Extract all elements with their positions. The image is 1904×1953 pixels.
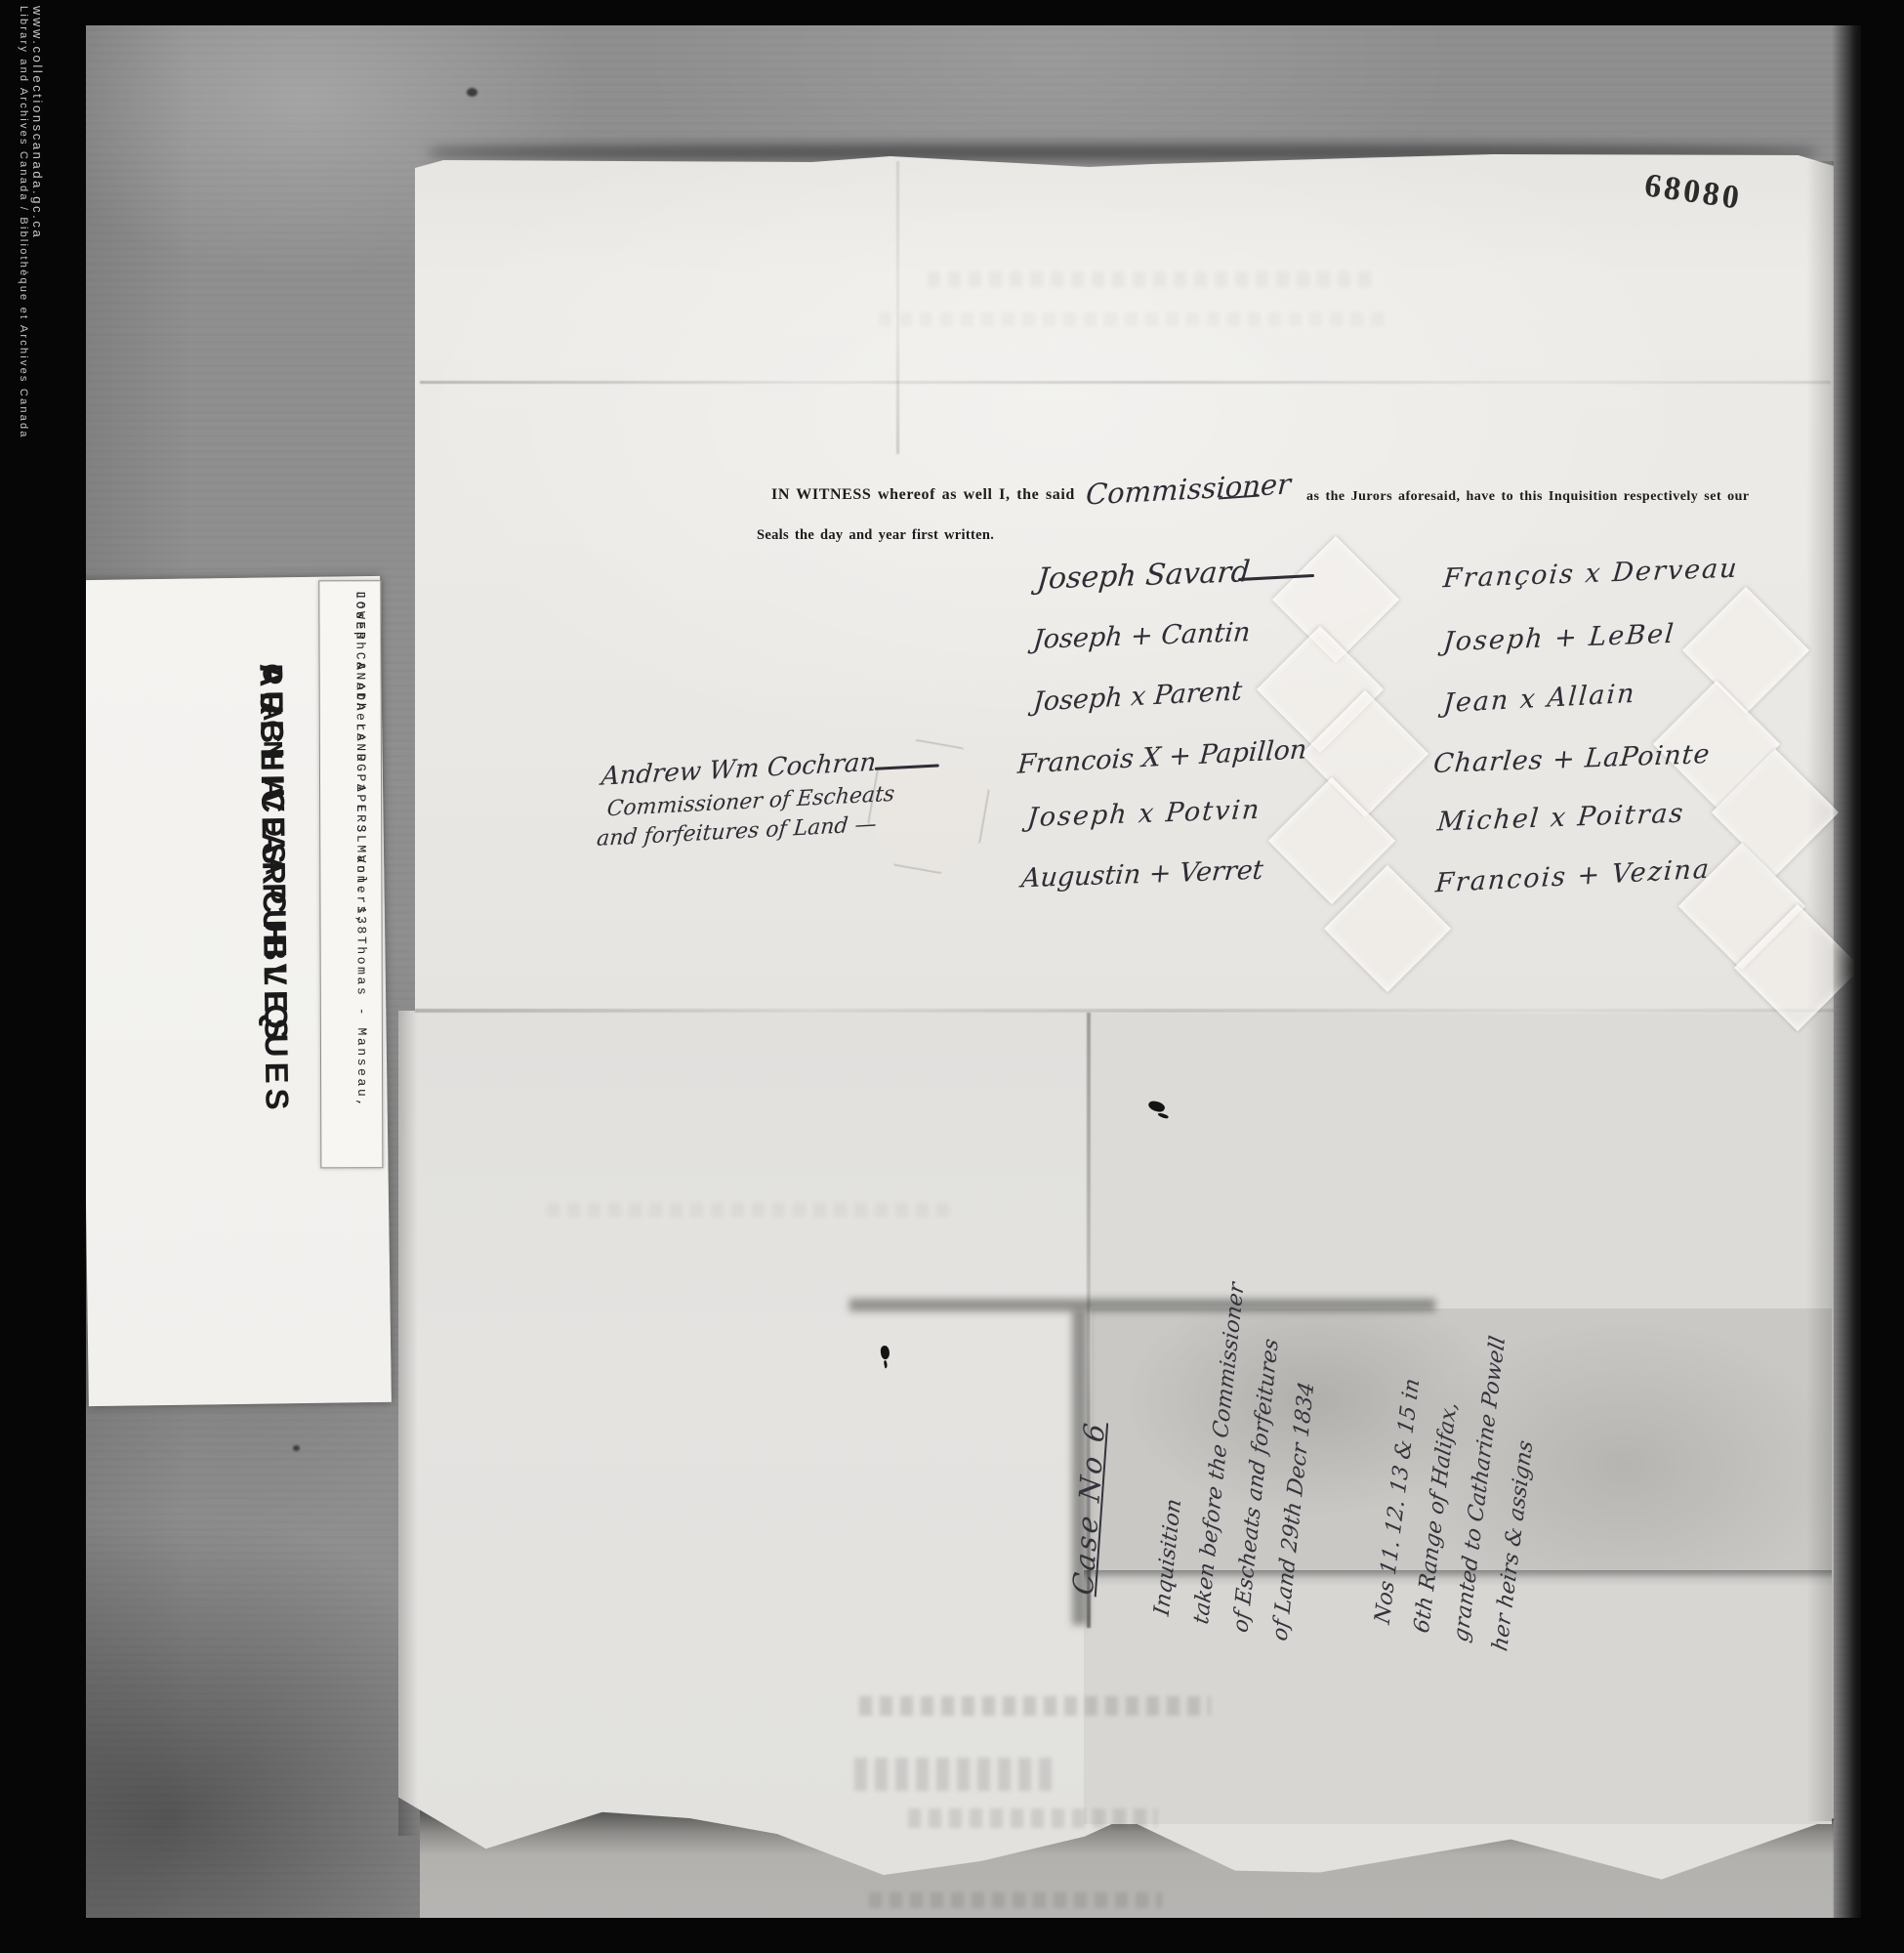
bleedthrough-smudge	[854, 1758, 1059, 1791]
witness-clause-line1: IN WITNESS whereof as well I, the said	[771, 486, 1075, 504]
horizontal-crease	[415, 1009, 1834, 1013]
commissioner-signature-block: Andrew Wm Cochran Commissioner of Eschea…	[600, 742, 997, 880]
fold-smudge	[849, 1299, 1435, 1311]
vertical-crease	[896, 161, 899, 454]
bleedthrough-smudge	[879, 312, 1387, 326]
lac-watermark-line1: Library and Archives Canada / Bibliothèq…	[14, 6, 29, 533]
witness-clause-line3: Seals the day and year first written.	[757, 527, 994, 544]
frame-bottom	[0, 1918, 1904, 1953]
frame-top	[0, 0, 1904, 25]
paper-panel	[1092, 1014, 1832, 1309]
dust-speck	[293, 1445, 300, 1451]
horizontal-crease	[420, 381, 1831, 384]
archive-card-title: PUBLIC ARCHIVES ARCHIVES PUBLIQUES CANAD…	[121, 663, 309, 1230]
card-label-text: Joseph & others RG 1 L 3L Vol. 138 LOWER…	[327, 591, 372, 1159]
bleedthrough-smudge	[859, 1696, 1211, 1716]
card-label: Joseph & others RG 1 L 3L Vol. 138 LOWER…	[318, 580, 383, 1168]
bleedthrough-smudge	[908, 1808, 1157, 1828]
lac-watermark-url: www.collectionscanada.gc.ca	[29, 6, 45, 309]
dust-speck	[467, 88, 477, 97]
frame-right-shadow	[1832, 0, 1865, 1953]
scanned-document-page: 68080 IN WITNESS whereof as well I, the …	[0, 0, 1904, 1953]
bleedthrough-smudge	[869, 1892, 1162, 1908]
fold-shadow-left	[398, 1011, 418, 1836]
witness-clause-line2: as the Jurors aforesaid, have to this In…	[1306, 489, 1750, 505]
inquisition-docket-note: Inquisition taken before the Commissione…	[1142, 1303, 1338, 1646]
card-label-line: LOWER CANADA LAND PAPERS Manners, Thomas…	[349, 591, 372, 1109]
frame-right	[1861, 0, 1904, 1953]
bleedthrough-smudge	[928, 271, 1377, 287]
card-title-line: CANADA	[241, 663, 304, 895]
archive-card: PUBLIC ARCHIVES ARCHIVES PUBLIQUES CANAD…	[77, 576, 392, 1406]
pen-flourish	[875, 764, 939, 769]
bleedthrough-smudge	[547, 1203, 957, 1217]
